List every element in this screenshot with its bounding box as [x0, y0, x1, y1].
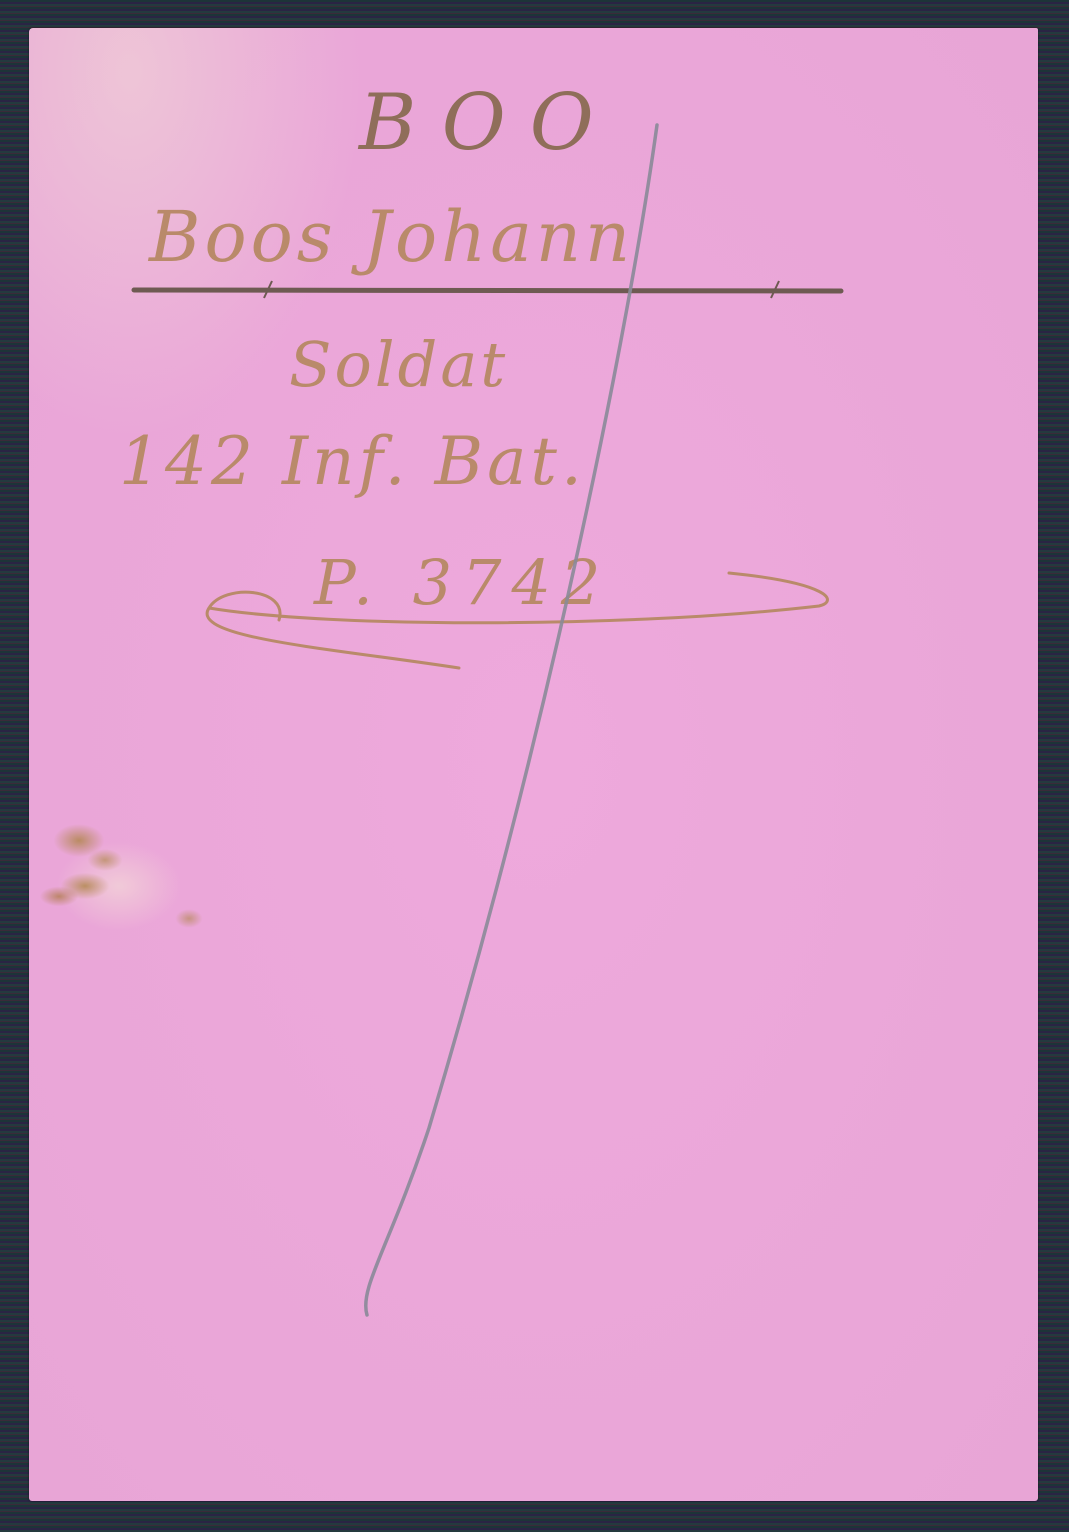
ink-strokes	[29, 28, 1038, 1501]
pencil-line	[366, 125, 657, 1315]
index-card: BOO Boos Johann Soldat 142 Inf. Bat. P. …	[29, 28, 1038, 1501]
